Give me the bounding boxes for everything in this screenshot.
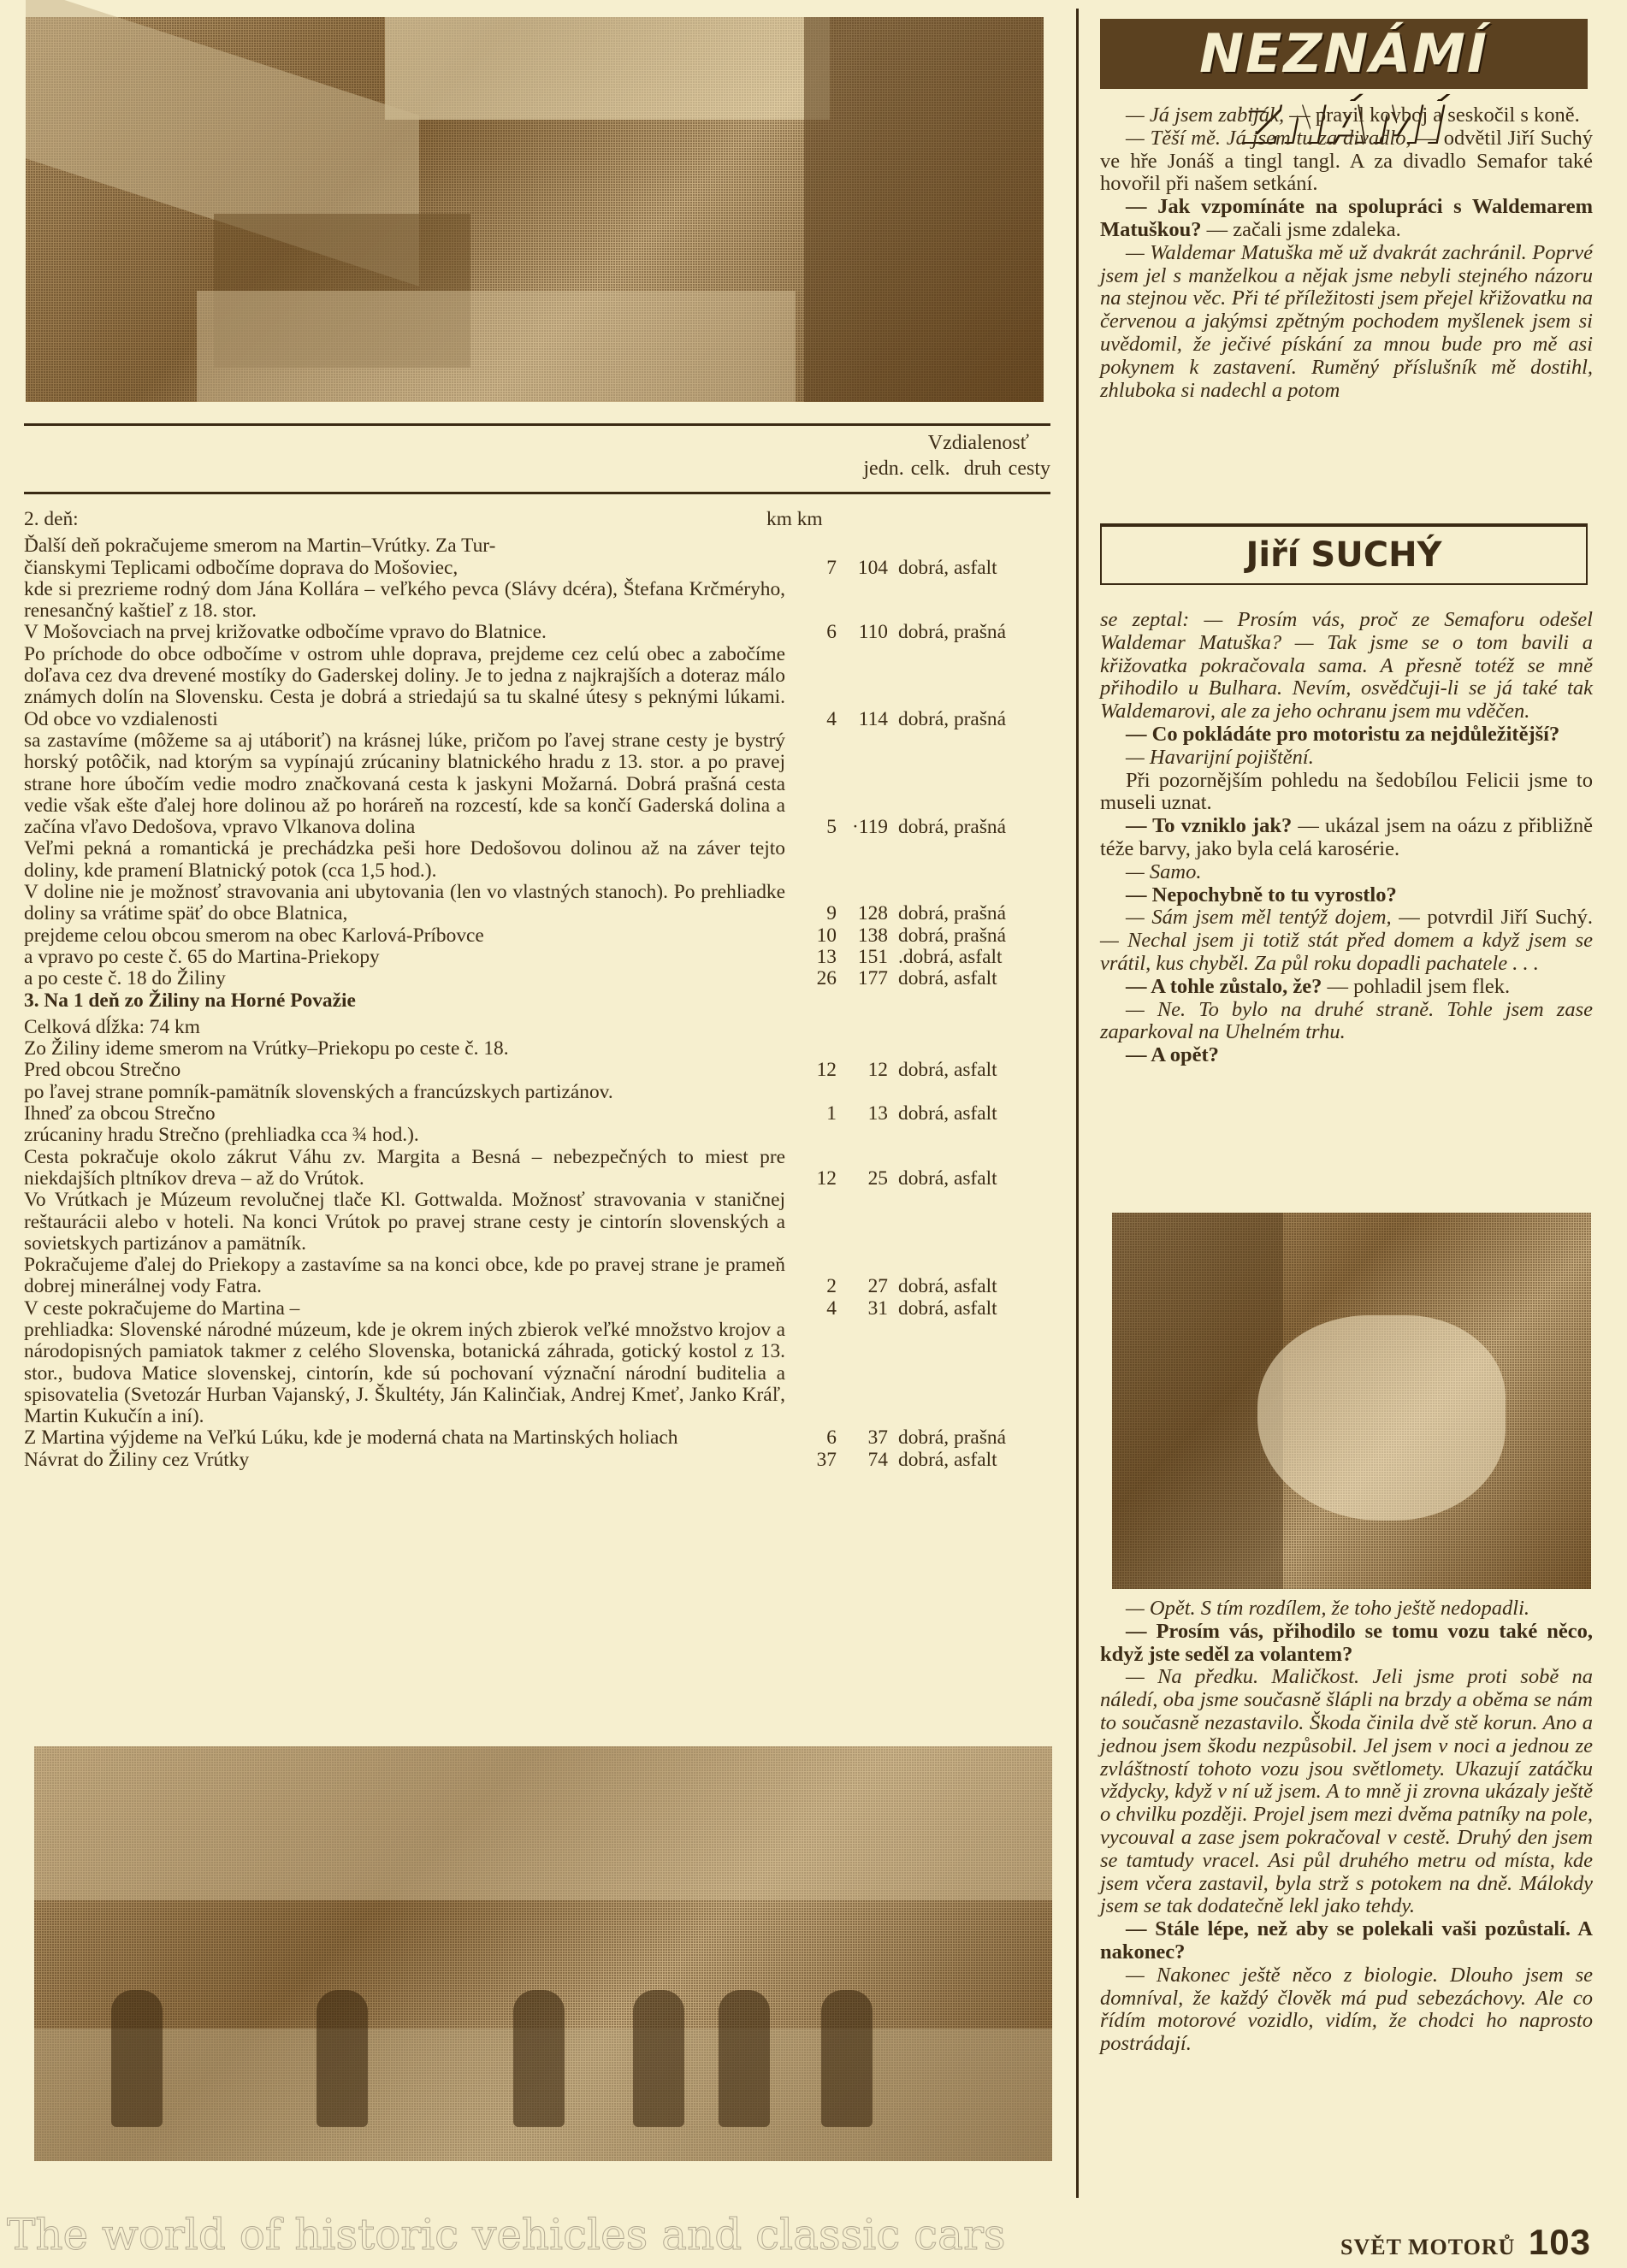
distance-segment: 37 [785,1450,837,1471]
road-type: dobrá, prašná [898,925,1069,947]
road-type: dobrá, asfalt [898,968,1069,989]
interview-paragraph: Při pozornějším pohledu na šedobílou Fel… [1100,770,1593,816]
road-type: dobrá, asfalt [898,1060,1069,1081]
distance-segment: 13 [785,947,837,968]
header-columns: jedn. celk. druh cesty [863,458,1050,481]
interview-paragraph: se zeptal: — Prosím vás, proč ze Semafor… [1100,609,1593,724]
interview-paragraph: — Jak vzpomínáte na spolupráci s Waldema… [1100,196,1593,242]
distance-segment: 9 [785,903,837,924]
road-type: dobrá, prašná [898,709,1069,730]
road-type: dobrá, asfalt [898,1276,1069,1297]
interview-paragraph: — Nakonec ještě něco z biologie. Dlouho … [1100,1964,1593,2056]
interview-block-2: se zeptal: — Prosím vás, proč ze Semafor… [1100,609,1593,1067]
distance-segment: 5 [785,817,837,838]
interview-paragraph: — Waldemar Matuška mě už dvakrát zachrán… [1100,242,1593,403]
row-text: Návrat do Žiliny cez Vrútky [24,1450,785,1471]
distance-total: 74 [837,1450,888,1471]
distance-total: 151 [837,947,888,968]
interview-paragraph: — Co pokládáte pro motoristu za nejdůlež… [1100,724,1593,747]
bottom-photo [34,1746,1052,2161]
distance-segment: 7 [785,558,837,579]
interview-paragraph: — Ne. To bylo na druhé straně. Tohle jse… [1100,999,1593,1045]
watermark: The world of historic vehicles and class… [7,2210,1006,2259]
row-text: V doline nie je možnosť stravovania ani … [24,882,785,925]
row-text: V ceste pokračujeme do Martina – [24,1298,785,1320]
distance-segment: 2 [785,1276,837,1297]
publication-name: SVĚT MOTORŮ [1340,2235,1515,2259]
road-type: dobrá, asfalt [898,1103,1069,1125]
distance-segment: 26 [785,968,837,989]
row-text: a vpravo po ceste č. 65 do Martina-Priek… [24,947,785,968]
distance-total: 31 [837,1298,888,1320]
row-text: po ľavej strane pomník-pamätník slovensk… [24,1082,785,1103]
row-text: Cesta pokračuje okolo zákrut Váhu zv. Ma… [24,1147,785,1190]
row-text: Ďalší deň pokračujeme smerom na Martin–V… [24,535,785,579]
row-text: prejdeme celou obcou smerom na obec Karl… [24,925,785,947]
interview-paragraph: — Prosím vás, přihodilo se tomu vozu tak… [1100,1621,1593,1667]
row-text: Veľmi pekná a romantická je prechádzka p… [24,838,785,882]
interview-paragraph: — Na předku. Maličkost. Jeli jsme proti … [1100,1666,1593,1918]
distance-total: 27 [837,1276,888,1297]
road-type: dobrá, prašná [898,903,1069,924]
distance-segment: 1 [785,1103,837,1125]
road-type: dobrá, asfalt [898,1450,1069,1471]
row-text: Vo Vrútkach je Múzeum revolučnej tlače K… [24,1190,785,1255]
row-text: sa zastavíme (môžeme sa aj utáboriť) na … [24,730,785,838]
road-type: dobrá, prašná [898,817,1069,838]
interview-paragraph: — A opět? [1100,1044,1593,1067]
distance-segment: 6 [785,622,837,643]
interview-paragraph: — Nepochybně to tu vyrostlo? [1100,884,1593,907]
divider-header [24,492,1050,494]
row-text: Ihneď za obcou Strečno [24,1103,785,1125]
row-text: kde si prezrieme rodný dom Jána Kollára … [24,579,785,623]
header-celk: celk. [911,458,950,480]
interview-paragraph: — Sám jsem měl tentýž dojem, — potvrdil … [1100,907,1593,975]
row-text: Pokračujeme ďalej do Priekopy a zastavím… [24,1255,785,1298]
interview-paragraph: — Já jsem zabiják, — pravil kovboj a ses… [1100,104,1593,127]
road-type: .dobrá, asfalt [898,947,1069,968]
section-banner: NEZNÁMÍ ZNÁMÍ [1100,19,1588,89]
interview-paragraph: — A tohle zůstalo, že? — pohladil jsem f… [1100,976,1593,999]
distance-total: 110 [837,622,888,643]
distance-segment: 4 [785,1298,837,1320]
distance-total: 138 [837,925,888,947]
row-text: 3. Na 1 deň zo Žiliny na Horné Považie [24,990,785,1012]
row-text: Pred obcou Strečno [24,1060,785,1081]
header-road: druh cesty [964,458,1050,480]
header-jedn: jedn. [863,458,903,480]
distance-segment: 12 [785,1060,837,1081]
interview-paragraph: — Stále lépe, než aby se polekali vaši p… [1100,1918,1593,1964]
row-text: 2. deň: [24,509,785,530]
road-type: dobrá, asfalt [898,1168,1069,1190]
distance-total: 12 [837,1060,888,1081]
page-number: 103 [1529,2222,1591,2262]
column-divider [1076,9,1079,2198]
distance-segment: 6 [785,1427,837,1449]
distance-total: 114 [837,709,888,730]
interview-block-1: — Já jsem zabiják, — pravil kovboj a ses… [1100,104,1593,402]
interview-paragraph: — To vzniklo jak? — ukázal jsem na oázu … [1100,815,1593,861]
header-distance: Vzdialenosť [928,432,1029,455]
table-header: Vzdialenosť jedn. celk. druh cesty [24,432,1050,483]
interview-paragraph: — Samo. [1100,861,1593,884]
divider-top [24,423,1050,426]
distance-segment: 12 [785,1168,837,1190]
units-label: km km [766,509,878,530]
row-text: zrúcaniny hradu Strečno (prehliadka cca … [24,1125,785,1146]
name-box: Jiří SUCHÝ [1100,523,1588,585]
distance-total: 104 [837,558,888,579]
interview-block-3: — Opět. S tím rozdílem, že toho ještě ne… [1100,1598,1593,2056]
row-text: Z Martina výjdeme na Veľkú Lúku, kde je … [24,1427,785,1449]
top-photo [26,17,1044,402]
road-type: dobrá, prašná [898,1427,1069,1449]
distance-total: 25 [837,1168,888,1190]
road-type: dobrá, prašná [898,622,1069,643]
row-text: Celková dĺžka: 74 km [24,1017,785,1038]
row-text: V Mošovciach na prvej križovatke odbočím… [24,622,785,643]
distance-total: 177 [837,968,888,989]
row-text: a po ceste č. 18 do Žiliny [24,968,785,989]
interview-paragraph: — Opět. S tím rozdílem, že toho ještě ne… [1100,1598,1593,1621]
interview-paragraph: — Havarijní pojištění. [1100,747,1593,770]
distance-total: 128 [837,903,888,924]
road-type: dobrá, asfalt [898,1298,1069,1320]
page-footer: SVĚT MOTORŮ 103 [1340,2222,1591,2263]
road-type: dobrá, asfalt [898,558,1069,579]
interview-paragraph: — Těší mě. Já jsem tu za divadlo, — odvě… [1100,127,1593,196]
distance-total: 13 [837,1103,888,1125]
distance-total: ·119 [837,817,888,838]
distance-total: 37 [837,1427,888,1449]
portrait-photo [1112,1213,1591,1589]
distance-segment: 10 [785,925,837,947]
distance-segment: 4 [785,709,837,730]
row-text: prehliadka: Slovenské národné múzeum, kd… [24,1320,785,1427]
row-text: Po príchode do obce odbočíme v ostrom uh… [24,644,785,730]
row-text: Zo Žiliny ideme smerom na Vrútky–Priekop… [24,1038,785,1060]
